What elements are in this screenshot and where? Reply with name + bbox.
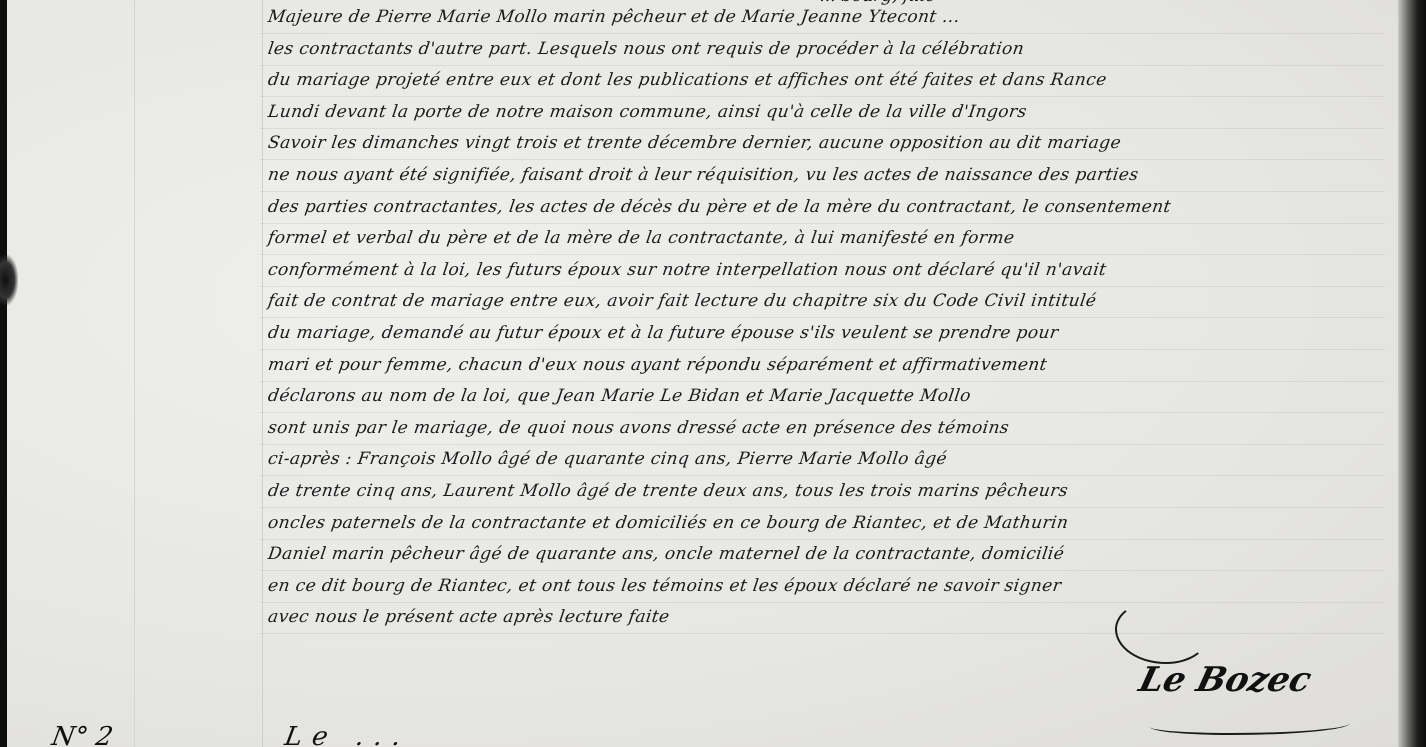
signature-flourish [1115,600,1209,664]
binding-edge-left [0,0,7,747]
binding-thread-knot [0,255,18,305]
marriage-act-text: Majeure de Pierre Marie Mollo marin pêch… [262,2,1387,634]
text-line: les contractants d'autre part. Lesquels … [260,34,1389,66]
text-line: Lundi devant la porte de notre maison co… [260,97,1389,129]
text-line: avec nous le présent acte après lecture … [260,602,1389,634]
text-line: conformément à la loi, les futurs époux … [260,255,1389,287]
text-line: Savoir les dimanches vingt trois et tren… [260,128,1389,160]
next-entry-number: N° 2 [49,722,115,747]
binding-edge-right [1398,0,1426,747]
official-signature: Le Bozec [1135,660,1315,700]
text-line: Majeure de Pierre Marie Mollo marin pêch… [260,2,1389,34]
register-page-scan: ... bourg, fille Majeure de Pierre Marie… [0,0,1426,747]
text-line: des parties contractantes, les actes de … [260,192,1389,224]
text-line: Daniel marin pêcheur âgé de quarante ans… [260,539,1389,571]
text-line: ci-après : François Mollo âgé de quarant… [260,444,1389,476]
text-line: ne nous ayant été signifiée, faisant dro… [260,160,1389,192]
text-line: de trente cinq ans, Laurent Mollo âgé de… [260,476,1389,508]
text-line: en ce dit bourg de Riantec, et ont tous … [260,571,1389,603]
text-line: mari et pour femme, chacun d'eux nous ay… [260,350,1389,382]
text-line: sont unis par le mariage, de quoi nous a… [260,413,1389,445]
page-fold-line [134,0,135,747]
text-line: déclarons au nom de la loi, que Jean Mar… [260,381,1389,413]
text-line: du mariage projeté entre eux et dont les… [260,65,1389,97]
signature-underline-flourish [1150,715,1350,735]
text-line: oncles paternels de la contractante et d… [260,508,1389,540]
next-entry-first-words: Le ... [282,722,413,747]
text-line: formel et verbal du père et de la mère d… [260,223,1389,255]
text-line: fait de contrat de mariage entre eux, av… [260,286,1389,318]
text-line: du mariage, demandé au futur époux et à … [260,318,1389,350]
